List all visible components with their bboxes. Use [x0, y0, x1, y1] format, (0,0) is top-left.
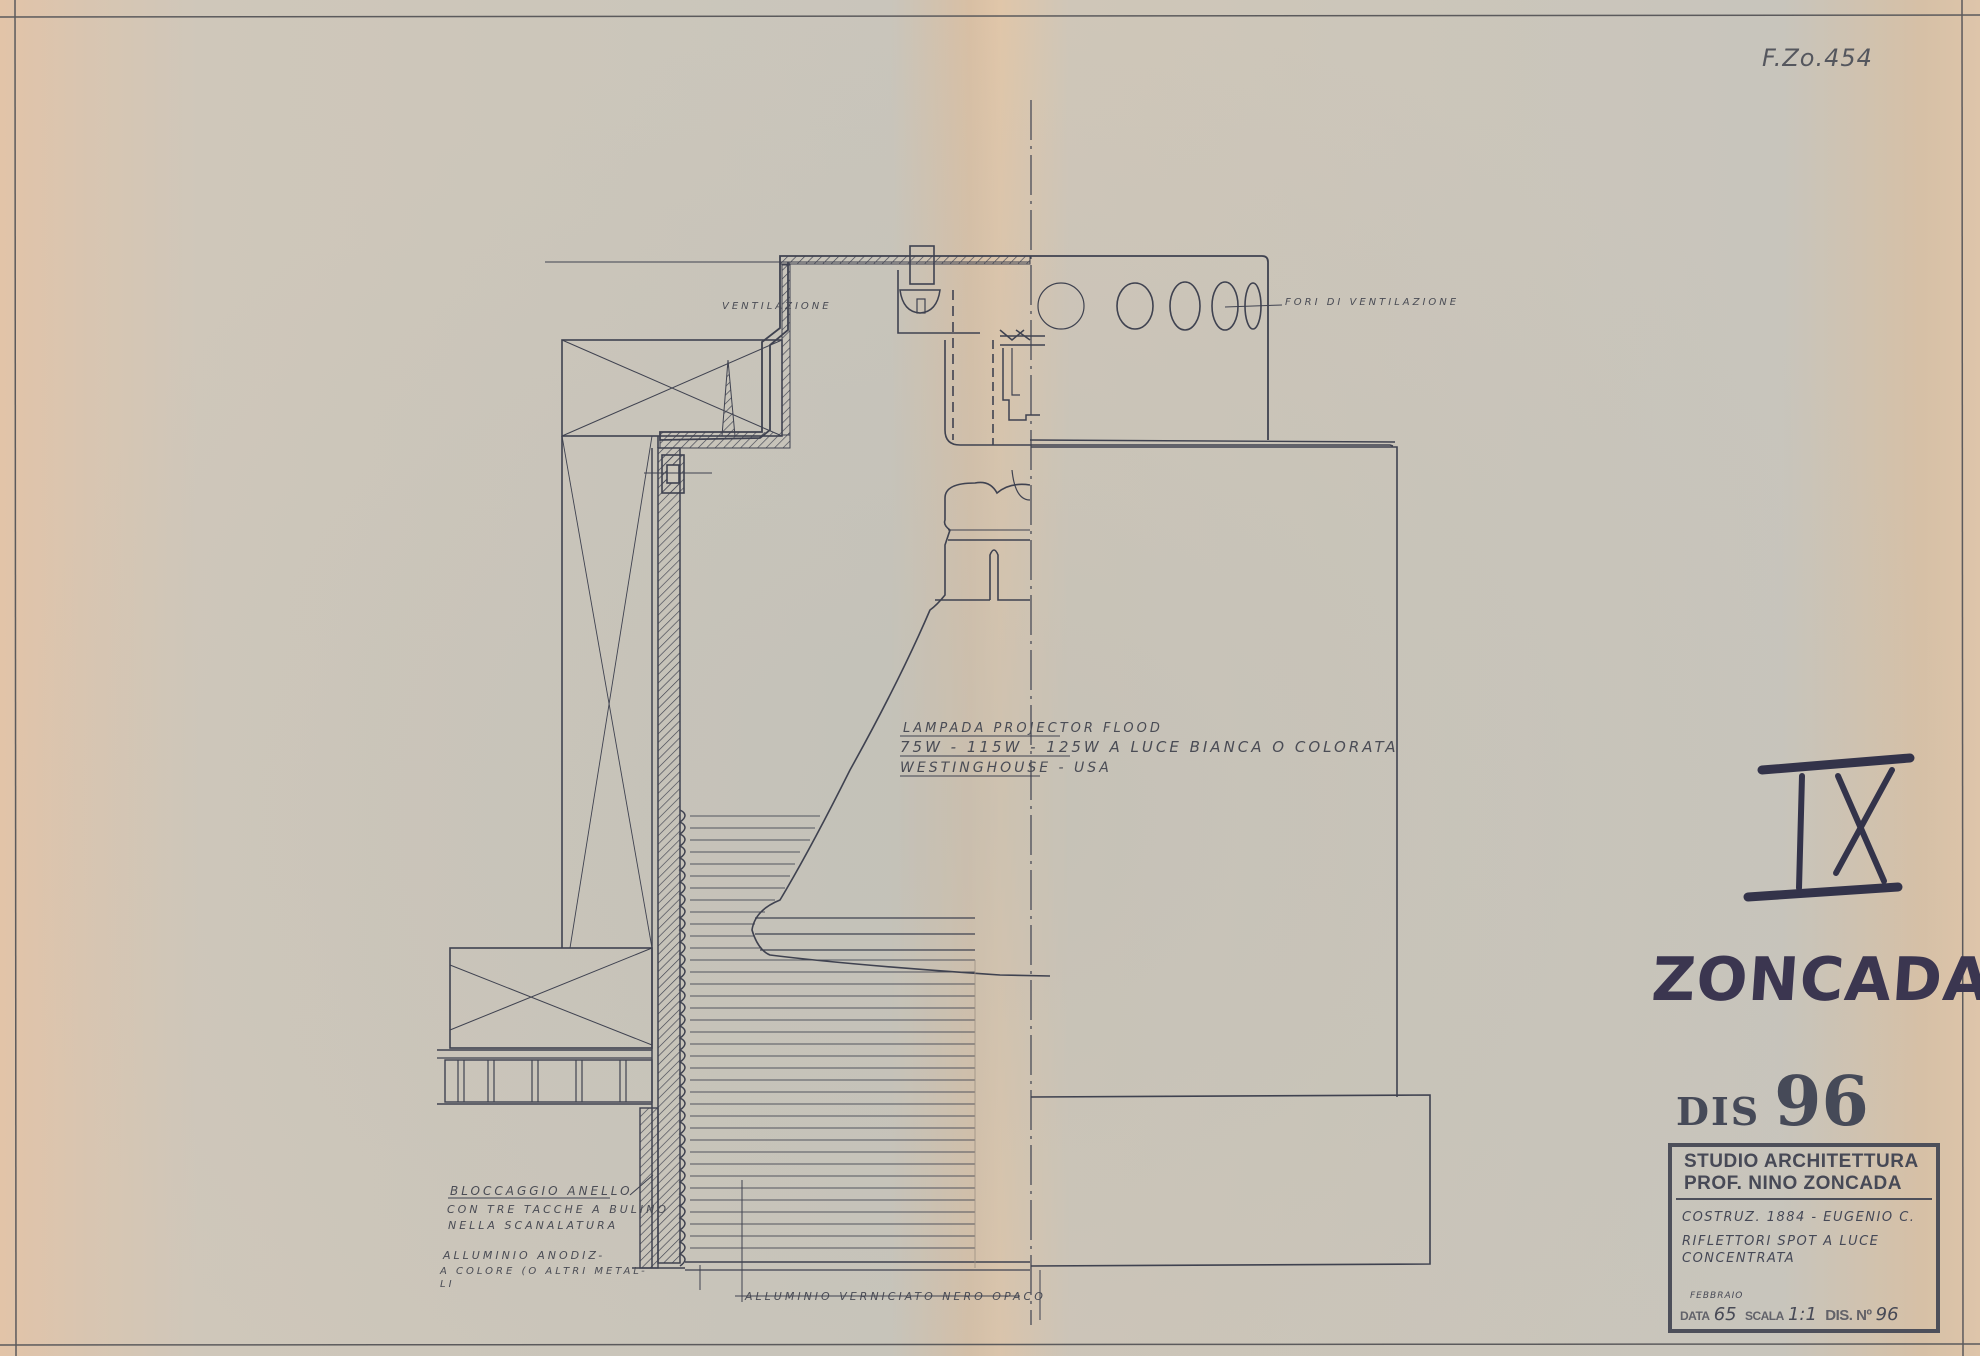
date-label: DATA	[1680, 1309, 1710, 1323]
label-lamp-line-1: LAMPADA PROJECTOR FLOOD	[903, 721, 1163, 736]
label-ventilation-holes: FORI DI VENTILAZIONE	[1285, 297, 1459, 308]
number-label: DIS. Nº	[1825, 1307, 1871, 1324]
title-block-footer: FEBBRAIO DATA 65 SCALA 1:1 DIS. Nº 96	[1680, 1304, 1930, 1325]
lamp-section-drawing	[437, 100, 1430, 1325]
label-lamp-line-3: WESTINGHOUSE - USA	[900, 760, 1112, 776]
label-ring-lock-3: NELLA SCANALATURA	[448, 1219, 618, 1232]
date-month: FEBBRAIO	[1690, 1291, 1743, 1301]
label-lamp-line-2: 75W - 115W - 125W A LUCE BIANCA O COLORA…	[900, 738, 1399, 756]
label-ring-lock-2: CON TRE TACCHE A BULINO	[447, 1203, 669, 1216]
studio-line-2: PROF. NINO ZONCADA	[1684, 1173, 1926, 1195]
drawing-number: 96	[1774, 1062, 1869, 1142]
studio-line-1: STUDIO ARCHITETTURA	[1684, 1151, 1926, 1173]
scale-value: 1:1	[1788, 1304, 1817, 1325]
label-ventilation: VENTILAZIONE	[722, 301, 832, 312]
label-anodized-1: ALLUMINIO ANODIZ-	[442, 1249, 605, 1262]
label-ring-lock-1: BLOCCAGGIO ANELLO	[450, 1184, 633, 1198]
label-anodized-3: LI	[440, 1279, 455, 1290]
drawing-sheet: VENTILAZIONE FORI DI VENTILAZIONE LAMPAD…	[0, 0, 1980, 1356]
studio-header: STUDIO ARCHITETTURA PROF. NINO ZONCADA	[1676, 1147, 1932, 1200]
brand-stamp: ZONCADA	[1650, 945, 1980, 1015]
roman-numeral-stamp	[1748, 758, 1910, 897]
scale-label: SCALA	[1745, 1309, 1784, 1323]
drawing-number-stamp: DIS96	[1676, 1062, 1869, 1142]
label-anodized-2: A COLORE (O ALTRI METAL-	[439, 1266, 648, 1277]
title-block: STUDIO ARCHITETTURA PROF. NINO ZONCADA C…	[1668, 1143, 1940, 1333]
drawing-prefix: DIS	[1676, 1089, 1760, 1134]
date-year: 65	[1714, 1304, 1737, 1325]
project-line: COSTRUZ. 1884 - EUGENIO C.	[1672, 1208, 1936, 1228]
subject-line-2: CONCENTRATA	[1672, 1249, 1936, 1269]
number-value: 96	[1876, 1304, 1899, 1325]
archive-code: F.Zo.454	[1762, 44, 1873, 72]
